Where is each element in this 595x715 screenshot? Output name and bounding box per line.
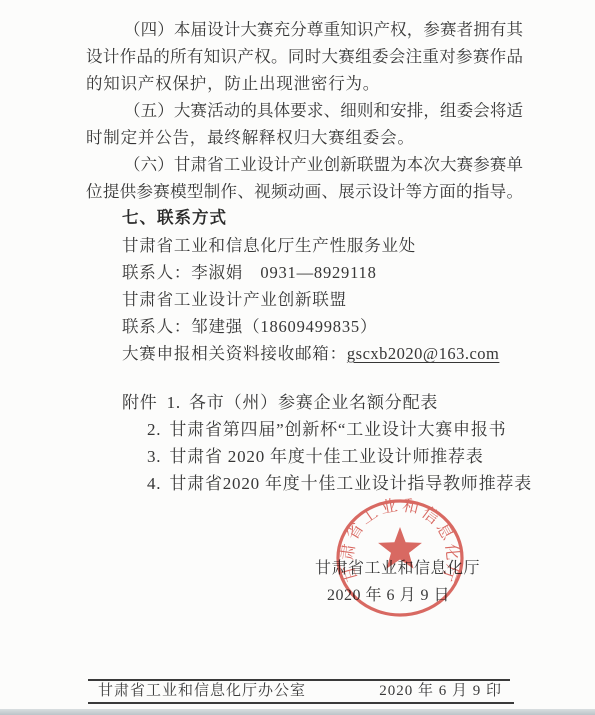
body-text: （四）本届设计大赛充分尊重知识产权，参赛者拥有其 设计作品的所有知识产权。同时大… bbox=[86, 16, 523, 367]
attachments-label: 附件 bbox=[122, 393, 158, 412]
paragraph-line: （四）本届设计大赛充分尊重知识产权，参赛者拥有其 bbox=[86, 16, 523, 43]
attachment-number: 4. bbox=[147, 474, 161, 493]
attachment-number: 1. bbox=[167, 393, 181, 412]
attachment-title: 各市（州）参赛企业名额分配表 bbox=[189, 393, 438, 412]
contact-line: 联系人：李淑娟 0931—8929118 bbox=[86, 259, 523, 286]
footer-rule-top bbox=[88, 679, 510, 681]
paragraph-line: 设计作品的所有知识产权。同时大赛组委会注重对参赛作品 bbox=[86, 43, 523, 70]
attachment-item: 4.甘肃省2020 年度十佳工业设计指导教师推荐表 bbox=[122, 470, 532, 497]
signature-date: 2020 年 6 月 9 日 bbox=[327, 582, 450, 605]
scan-bottom-edge bbox=[0, 709, 595, 715]
contact-line: 联系人：邹建强（18609499835） bbox=[86, 313, 523, 340]
contact-email-line: 大赛申报相关资料接收邮箱：gscxb2020@163.com bbox=[86, 340, 523, 367]
paragraph-line: （六）甘肃省工业设计产业创新联盟为本次大赛参赛单 bbox=[86, 151, 523, 178]
signature-org: 甘肃省工业和信息化厅 bbox=[315, 555, 480, 578]
scanned-document-page: （四）本届设计大赛充分尊重知识产权，参赛者拥有其 设计作品的所有知识产权。同时大… bbox=[0, 0, 595, 715]
attachment-title: 甘肃省 2020 年度十佳工业设计师推荐表 bbox=[169, 447, 483, 466]
attachment-title: 甘肃省2020 年度十佳工业设计指导教师推荐表 bbox=[169, 474, 532, 493]
attachment-number: 2. bbox=[147, 420, 161, 439]
footer-rule-bottom bbox=[88, 702, 514, 704]
contact-line: 甘肃省工业和信息化厅生产性服务业处 bbox=[86, 232, 523, 259]
attachment-title: 甘肃省第四届”创新杯“工业设计大赛申报书 bbox=[169, 420, 506, 439]
attachments-block: 附件1.各市（州）参赛企业名额分配表 2.甘肃省第四届”创新杯“工业设计大赛申报… bbox=[122, 389, 532, 497]
attachment-item: 2.甘肃省第四届”创新杯“工业设计大赛申报书 bbox=[122, 416, 532, 443]
attachment-item: 3.甘肃省 2020 年度十佳工业设计师推荐表 bbox=[122, 443, 532, 470]
contact-line: 甘肃省工业设计产业创新联盟 bbox=[86, 286, 523, 313]
paragraph-line: 的知识产权保护，防止出现泄密行为。 bbox=[86, 70, 523, 97]
attachment-item: 附件1.各市（州）参赛企业名额分配表 bbox=[122, 389, 532, 416]
paragraph-line: （五）大赛活动的具体要求、细则和安排，组委会将适 bbox=[86, 97, 523, 124]
paragraph-line: 位提供参赛模型制作、视频动画、展示设计等方面的指导。 bbox=[86, 178, 523, 205]
attachment-number: 3. bbox=[147, 447, 161, 466]
footer-print-date: 2020 年 6 月 9 印 bbox=[379, 682, 502, 701]
paragraph-line: 时制定并公告，最终解释权归大赛组委会。 bbox=[86, 124, 523, 151]
section-heading: 七、联系方式 bbox=[86, 205, 523, 232]
email-label: 大赛申报相关资料接收邮箱： bbox=[122, 344, 347, 363]
email-address: gscxb2020@163.com bbox=[347, 344, 499, 363]
footer-issuing-office: 甘肃省工业和信息化厅办公室 bbox=[98, 682, 306, 701]
